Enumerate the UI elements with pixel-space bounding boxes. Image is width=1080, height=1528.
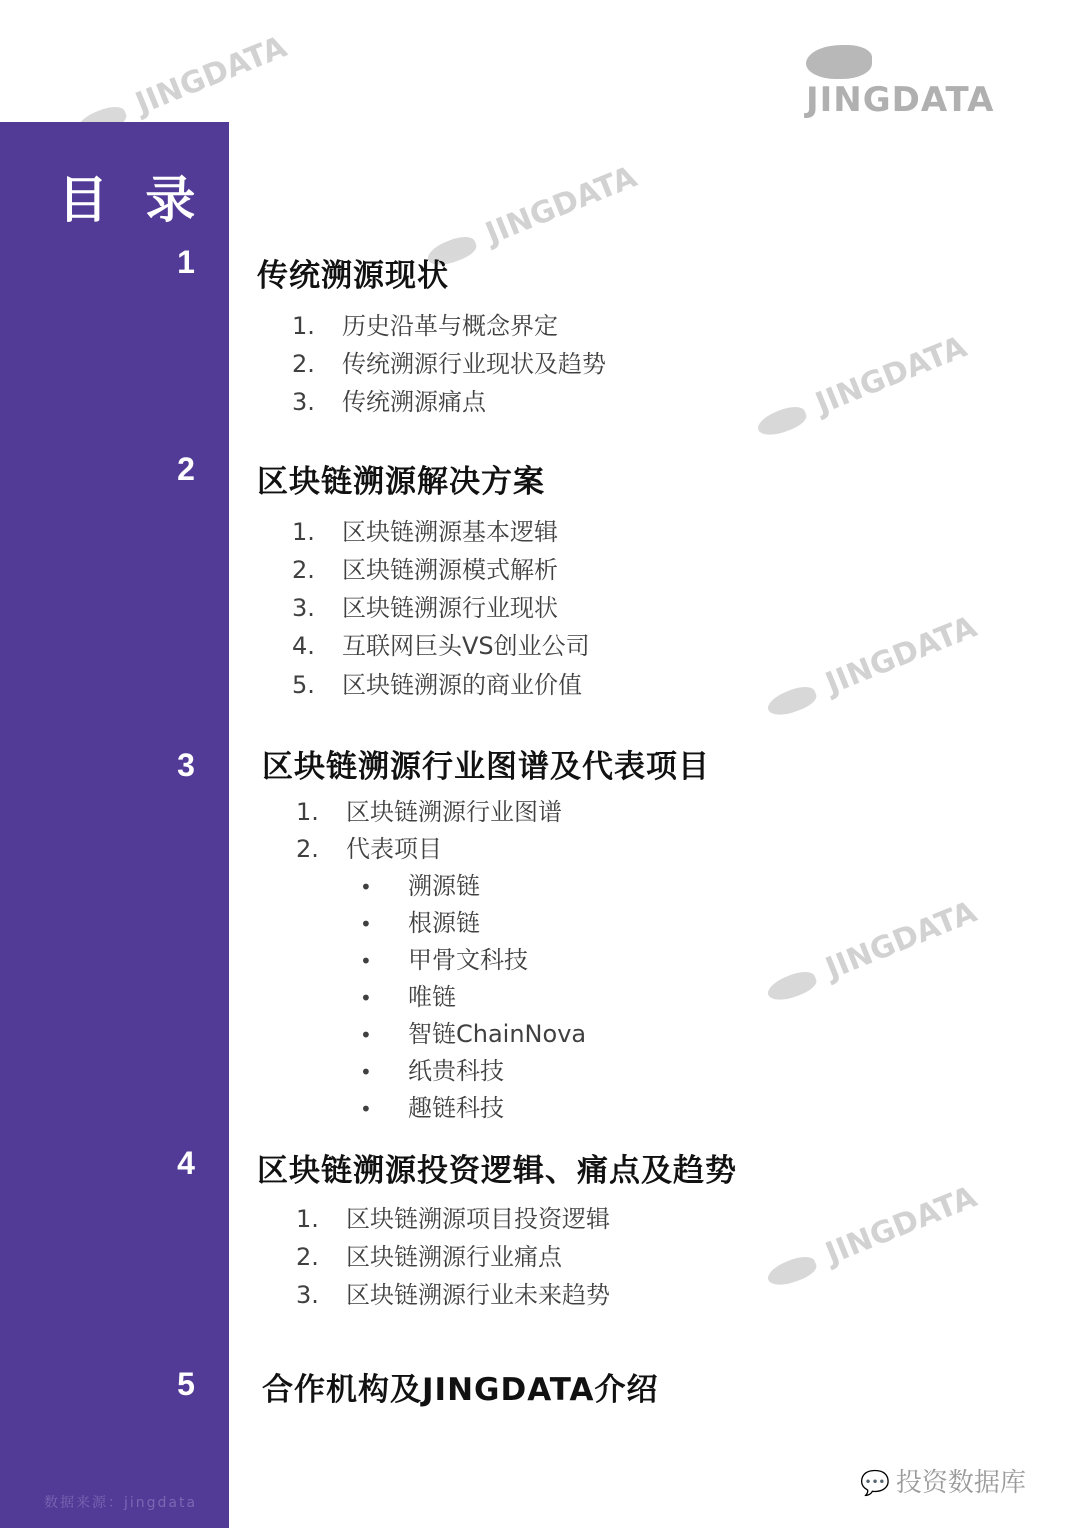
toc-item[interactable]: 3.传统溯源痛点 (292, 382, 486, 417)
toc-item[interactable]: 1.历史沿革与概念界定 (292, 306, 558, 341)
toc-item[interactable]: 2.代表项目 (296, 829, 442, 864)
project-item[interactable]: •溯源链 (360, 866, 480, 901)
section-number: 3 (166, 747, 206, 784)
section-title[interactable]: 传统溯源现状 (257, 250, 449, 295)
toc-item[interactable]: 1.区块链溯源基本逻辑 (292, 512, 558, 547)
page-title: 目 录 (58, 160, 205, 232)
section-title[interactable]: 合作机构及JINGDATA介绍 (262, 1364, 659, 1409)
project-item[interactable]: •根源链 (360, 903, 480, 938)
section-title[interactable]: 区块链溯源解决方案 (257, 456, 545, 501)
section-number: 5 (166, 1366, 206, 1403)
section-number: 4 (166, 1145, 206, 1182)
data-source: 数据来源：jingdata (44, 1492, 197, 1512)
toc-item[interactable]: 2.区块链溯源模式解析 (292, 550, 558, 585)
wechat-icon: 💬 (860, 1469, 890, 1497)
whale-icon (764, 1251, 819, 1290)
jingdata-logo: JINGDATA (806, 40, 1080, 120)
toc-item[interactable]: 5.区块链溯源的商业价值 (292, 665, 582, 700)
watermark: JINGDATA (422, 159, 642, 275)
toc-item[interactable]: 2.传统溯源行业现状及趋势 (292, 344, 606, 379)
whale-icon (764, 681, 819, 720)
toc-item[interactable]: 2.区块链溯源行业痛点 (296, 1237, 562, 1272)
toc-item[interactable]: 3.区块链溯源行业现状 (292, 588, 558, 623)
watermark: JINGDATA (752, 329, 972, 445)
section-title[interactable]: 区块链溯源投资逻辑、痛点及趋势 (257, 1145, 737, 1190)
wechat-account: 💬投资数据库 (860, 1462, 1026, 1499)
watermark: JINGDATA (762, 894, 982, 1010)
section-title[interactable]: 区块链溯源行业图谱及代表项目 (262, 741, 710, 786)
project-item[interactable]: •趣链科技 (360, 1088, 504, 1123)
section-number: 2 (166, 451, 206, 488)
sidebar (0, 122, 229, 1528)
project-item[interactable]: •纸贵科技 (360, 1051, 504, 1086)
whale-icon (764, 966, 819, 1005)
project-item[interactable]: •甲骨文科技 (360, 940, 528, 975)
watermark: JINGDATA (762, 609, 982, 725)
project-item[interactable]: •智链ChainNova (360, 1014, 586, 1049)
toc-item[interactable]: 4.互联网巨头VS创业公司 (292, 626, 590, 661)
toc-item[interactable]: 3.区块链溯源行业未来趋势 (296, 1275, 610, 1310)
section-number: 1 (166, 244, 206, 281)
watermark: JINGDATA (762, 1179, 982, 1295)
whale-icon (754, 401, 809, 440)
toc-item[interactable]: 1.区块链溯源项目投资逻辑 (296, 1199, 610, 1234)
whale-icon (806, 45, 872, 79)
toc-item[interactable]: 1.区块链溯源行业图谱 (296, 792, 562, 827)
project-item[interactable]: •唯链 (360, 977, 456, 1012)
